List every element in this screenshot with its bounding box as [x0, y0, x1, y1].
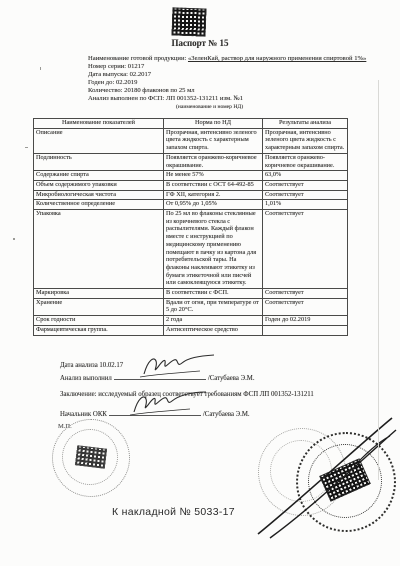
- result-cell: Соответствует: [263, 180, 348, 190]
- result-cell: Соответствует: [263, 190, 348, 200]
- table-row: Подлинность Появляется оранжево-коричнев…: [34, 153, 348, 170]
- indicator-cell: Фармацевтическая группа.: [34, 325, 164, 335]
- issue-label: Дата выпуска:: [88, 71, 128, 78]
- company-round-stamp-icon: [52, 419, 130, 497]
- norm-cell: Вдали от огня, при температуре от 5 до 2…: [164, 298, 263, 315]
- batch-line: Номер серии: 01217: [88, 63, 392, 71]
- result-cell: Прозрачная, интенсивно зеленого цвета жи…: [263, 128, 348, 153]
- signature-rule: [114, 372, 206, 380]
- result-cell: [263, 325, 348, 335]
- result-cell: Соответствует: [263, 210, 348, 289]
- table-row: Содержание спирта Не менее 57% 63,0%: [34, 171, 348, 181]
- expiry-value: 02.2019: [116, 79, 137, 86]
- table-header-row: Наименование показателей Норма по НД Рез…: [34, 119, 348, 129]
- norm-cell: От 0,95% до 1,05%: [164, 200, 263, 210]
- norm-cell: ГФ XII, категория 2.: [164, 190, 263, 200]
- issue-date-line: Дата выпуска: 02.2017: [88, 71, 392, 79]
- indicator-cell: Срок годности: [34, 316, 164, 326]
- batch-label: Номер серии:: [88, 63, 126, 70]
- scan-speck: [25, 147, 28, 148]
- indicator-cell: Микробиологическая чистота: [34, 190, 164, 200]
- result-cell: 63,0%: [263, 171, 348, 181]
- norm-cell: В соответствии с ОСТ 64-492-85: [164, 180, 263, 190]
- indicator-cell: Маркировка: [34, 289, 164, 299]
- product-name: «ЗеленКай, раствор для наружного примене…: [188, 55, 366, 62]
- header-block: Наименование готовой продукции: «ЗеленКа…: [88, 55, 392, 110]
- table-row: Фармацевтическая группа. Антисептическое…: [34, 325, 348, 335]
- chief-line: Начальник ОКК/Сатубаева Э.М.: [60, 408, 250, 418]
- norm-cell: Прозрачная, интенсивно зеленого цвета жи…: [164, 128, 263, 153]
- spec-table: Наименование показателей Норма по НД Рез…: [33, 118, 348, 336]
- analysis-label: Анализ выполнен по ФСП:: [88, 95, 164, 102]
- conclusion-line: Заключение: исследуемый образец соответс…: [60, 391, 314, 398]
- nd-note: (наименование и номер НД): [176, 104, 392, 111]
- analyst-label: Анализ выполнил: [60, 375, 112, 382]
- chief-name: /Сатубаева Э.М.: [203, 411, 250, 418]
- col-header-norm: Норма по НД: [164, 119, 263, 129]
- datamatrix-stamp-icon: [172, 7, 207, 36]
- scan-speck: [13, 238, 15, 240]
- indicator-cell: Содержание спирта: [34, 171, 164, 181]
- dark-round-stamp-icon: [296, 432, 396, 532]
- analysis-value: ЛП 001352-131211 изм. №1: [166, 95, 243, 102]
- invoice-note: К накладной № 5033-17: [112, 506, 235, 518]
- chief-label: Начальник ОКК: [60, 411, 107, 418]
- indicator-cell: Количественное определение: [34, 200, 164, 210]
- expiry-label: Годен до:: [88, 79, 114, 86]
- result-cell: Появляется оранжево-коричневое окрашиван…: [263, 153, 348, 170]
- indicator-cell: Подлинность: [34, 153, 164, 170]
- table-row: Количественное определение От 0,95% до 1…: [34, 200, 348, 210]
- result-cell: Соответствует: [263, 289, 348, 299]
- norm-cell: Антисептическое средство: [164, 325, 263, 335]
- table-row: Описание Прозрачная, интенсивно зеленого…: [34, 128, 348, 153]
- col-header-indicator: Наименование показателей: [34, 119, 164, 129]
- norm-cell: 2 года: [164, 316, 263, 326]
- page-title: Паспорт № 15: [0, 38, 400, 48]
- col-header-result: Результаты анализа: [263, 119, 348, 129]
- norm-cell: В соответствии с ФСП.: [164, 289, 263, 299]
- stamp-datamatrix-icon: [75, 445, 107, 469]
- table-row: Упаковка По 25 мл во флаконы стеклянные …: [34, 210, 348, 289]
- result-cell: Соответствует: [263, 298, 348, 315]
- norm-cell: Не менее 57%: [164, 171, 263, 181]
- table-row: Микробиологическая чистота ГФ XII, катег…: [34, 190, 348, 200]
- scan-edge-line: [378, 80, 379, 480]
- norm-cell: По 25 мл во флаконы стеклянные из коричн…: [164, 210, 263, 289]
- analysis-date-line: Дата анализа 10.02.17: [60, 362, 123, 369]
- analysis-standard-line: Анализ выполнен по ФСП: ЛП 001352-131211…: [88, 95, 392, 103]
- result-cell: 1,01%: [263, 200, 348, 210]
- table-row: Срок годности 2 года Годен до 02.2019: [34, 316, 348, 326]
- indicator-cell: Хранение: [34, 298, 164, 315]
- analyst-line: Анализ выполнил/Сатубаева Э.М.: [60, 372, 255, 382]
- indicator-cell: Упаковка: [34, 210, 164, 289]
- norm-cell: Появляется оранжево-коричневое окрашиван…: [164, 153, 263, 170]
- product-line: Наименование готовой продукции: «ЗеленКа…: [88, 55, 392, 63]
- quantity-value: 20180 флаконов по 25 мл: [124, 87, 194, 94]
- scanned-passport-document: Паспорт № 15 Наименование готовой продук…: [0, 0, 400, 566]
- issue-value: 02.2017: [130, 71, 151, 78]
- indicator-cell: Описание: [34, 128, 164, 153]
- signature-rule: [109, 408, 201, 416]
- quantity-label: Количество:: [88, 87, 123, 94]
- table-row: Хранение Вдали от огня, при температуре …: [34, 298, 348, 315]
- batch-value: 01217: [128, 63, 144, 70]
- analyst-name: /Сатубаева Э.М.: [208, 375, 255, 382]
- product-label: Наименование готовой продукции:: [88, 55, 186, 62]
- table-row: Маркировка В соответствии с ФСП. Соответ…: [34, 289, 348, 299]
- result-cell: Годен до 02.2019: [263, 316, 348, 326]
- table-row: Объем содержимого упаковки В соответстви…: [34, 180, 348, 190]
- scan-speck: [40, 67, 41, 70]
- indicator-cell: Объем содержимого упаковки: [34, 180, 164, 190]
